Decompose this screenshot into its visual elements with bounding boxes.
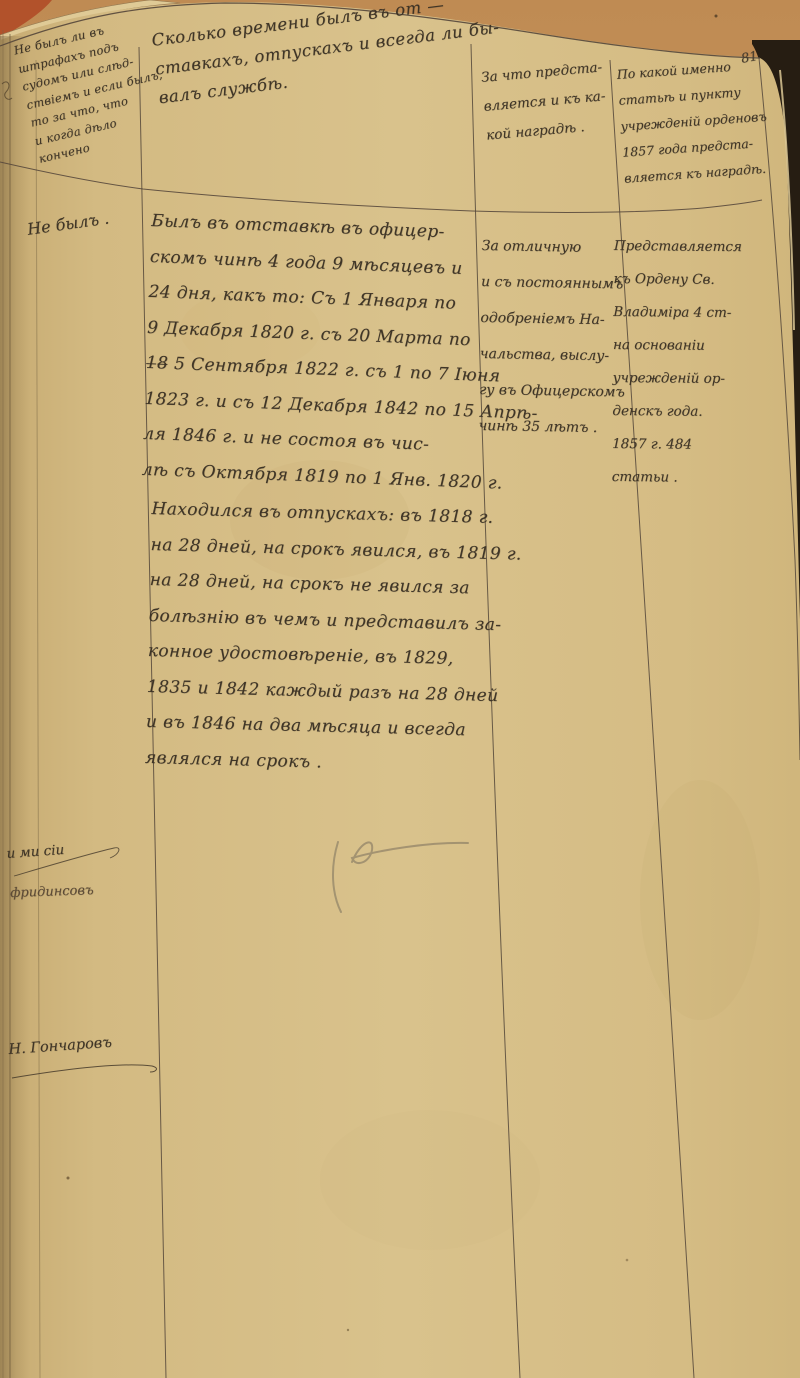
handwritten-line: и съ постояннымъ bbox=[481, 264, 627, 303]
margin-note-lower: фридинсовъ bbox=[10, 883, 94, 901]
handwritten-line: чинѣ 35 лѣтъ . bbox=[478, 408, 624, 447]
paper-stain bbox=[320, 1110, 540, 1250]
service-leaves-entry: Находился въ отпускахъ: въ 1818 г.на 28 … bbox=[145, 492, 524, 786]
handwritten-line: денскъ года. bbox=[612, 395, 740, 429]
handwritten-line: одобреніемъ На- bbox=[480, 300, 626, 339]
handwritten-line: гу въ Офицерскомъ bbox=[479, 372, 625, 411]
column-header-statute: По какой именностатьѣ и пунктуучрежденій… bbox=[616, 52, 771, 192]
award-reason-entry: За отличнуюи съ постояннымъодобреніемъ Н… bbox=[478, 228, 627, 447]
handwritten-line: 1857 г. 484 bbox=[612, 428, 740, 462]
paper-speck bbox=[626, 1259, 629, 1262]
page-number: 81 bbox=[740, 49, 759, 67]
handwritten-line: Представляется bbox=[614, 230, 742, 264]
paper-speck bbox=[67, 1177, 70, 1180]
handwritten-line: на основаніи bbox=[613, 329, 741, 363]
spine-shading bbox=[0, 36, 30, 1378]
paper-speck bbox=[715, 15, 718, 18]
handwritten-line: статьи . bbox=[612, 461, 740, 495]
column-header-award-reason: За что предста-вляется и къ ка-кой награ… bbox=[480, 53, 609, 150]
handwritten-line: учрежденій ор- bbox=[613, 362, 741, 396]
handwritten-line: чальства, выслу- bbox=[479, 336, 625, 375]
paper-speck bbox=[347, 1329, 349, 1331]
statute-entry: Представляетсякъ Ордену Св.Владиміра 4 с… bbox=[612, 230, 742, 495]
handwritten-line: Владиміра 4 ст- bbox=[613, 296, 741, 330]
archival-document-scan: Не былъ ли въштрафахъ подъсудомъ или слѣ… bbox=[0, 0, 800, 1378]
handwritten-line: За отличную bbox=[481, 228, 627, 267]
handwritten-line: къ Ордену Св. bbox=[613, 263, 741, 297]
